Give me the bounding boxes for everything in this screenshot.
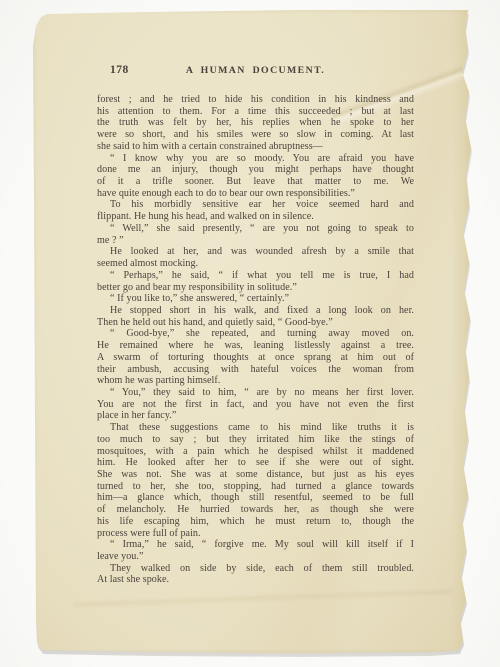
text-line: better go and bear my responsibility in … [97,282,414,294]
text-line: turned to her, she too, stopping, had tu… [97,481,414,493]
paragraph: forest ; and he tried to hide his condit… [97,94,414,153]
paragraph: “ Irma,” he said, “ forgive me. My soul … [97,539,414,562]
text-line: whom he was parting himself. [97,375,414,387]
text-line: “ Well,” she said presently, “ are you n… [97,223,414,235]
paragraph: “ Good-bye,” she repeated, and turning a… [97,328,414,387]
text-line: seemed almost mocking. [97,258,414,270]
text-line: she said to him with a certain constrain… [97,141,414,153]
text-line: done me an injury, though you might perh… [97,164,414,176]
text-line: me ? ” [97,235,414,247]
page-header: 178 A HUMAN DOCUMENT. [97,64,414,80]
text-line: him. He looked after her to see if she w… [97,457,414,469]
text-line: They walked on side by side, each of the… [97,563,414,575]
text-line: You are not the first in fact, and you h… [97,399,414,411]
text-line: forest ; and he tried to hide his condit… [97,94,414,106]
text-line: “ Good-bye,” she repeated, and turning a… [97,328,414,340]
text-line: “ You,” they said to him, “ are by no me… [97,387,414,399]
text-line: have quite enough each to do to bear our… [97,188,414,200]
text-line: his attention to them. For a time this s… [97,106,414,118]
running-title: A HUMAN DOCUMENT. [97,65,414,76]
text-line: At last she spoke. [97,574,414,586]
paragraph: “ You,” they said to him, “ are by no me… [97,387,414,422]
text-line: “ If you like to,” she answered, “ certa… [97,293,414,305]
text-line: A swarm of torturing thoughts at once sp… [97,352,414,364]
page-body: forest ; and he tried to hide his condit… [97,94,414,586]
text-line: of it a trifle sooner. But leave that ma… [97,176,414,188]
text-line: She was not. She was at some distance, b… [97,469,414,481]
text-line: process were full of pain. [97,528,414,540]
text-line: He stopped short in his walk, and fixed … [97,305,414,317]
text-line: too much to say ; but they irritated him… [97,434,414,446]
text-line: That these suggestions came to his mind … [97,422,414,434]
text-line: To his morbidly sensitive ear her voice … [97,199,414,211]
text-line: his life escaping him, which he must ret… [97,516,414,528]
text-line: him—a glance which, though still resentf… [97,492,414,504]
text-line: He remained where he was, leaning listle… [97,340,414,352]
paragraph: “ I know why you are so moody. You are a… [97,153,414,200]
text-line: Then he held out his hand, and quietly s… [97,317,414,329]
paragraph: He looked at her, and was wounded afresh… [97,246,414,269]
paragraph: They walked on side by side, each of the… [97,563,414,586]
text-line: “ Irma,” he said, “ forgive me. My soul … [97,539,414,551]
text-line: mosquitoes, with a pain which he despise… [97,446,414,458]
text-line: the truth was felt by her, his replies w… [97,117,414,129]
text-line: were so short, and his smiles were so sl… [97,129,414,141]
text-line: place in her fancy.” [97,410,414,422]
paragraph: He stopped short in his walk, and fixed … [97,305,414,328]
paragraph: “ Well,” she said presently, “ are you n… [97,223,414,246]
text-line: “ Perhaps,” he said, “ if what you tell … [97,270,414,282]
scan-backdrop: 178 A HUMAN DOCUMENT. forest ; and he tr… [0,0,500,667]
paragraph: “ If you like to,” she answered, “ certa… [97,293,414,305]
text-line: “ I know why you are so moody. You are a… [97,153,414,165]
text-line: their ambush, accusing with hateful voic… [97,364,414,376]
text-line: leave you.” [97,551,414,563]
text-line: of melancholy. He hurried towards her, a… [97,504,414,516]
text-line: flippant. He hung his head, and walked o… [97,211,414,223]
text-line: He looked at her, and was wounded afresh… [97,246,414,258]
book-page-scan: 178 A HUMAN DOCUMENT. forest ; and he tr… [33,8,473,656]
paragraph: That these suggestions came to his mind … [97,422,414,539]
paragraph: To his morbidly sensitive ear her voice … [97,199,414,222]
paragraph: “ Perhaps,” he said, “ if what you tell … [97,270,414,293]
